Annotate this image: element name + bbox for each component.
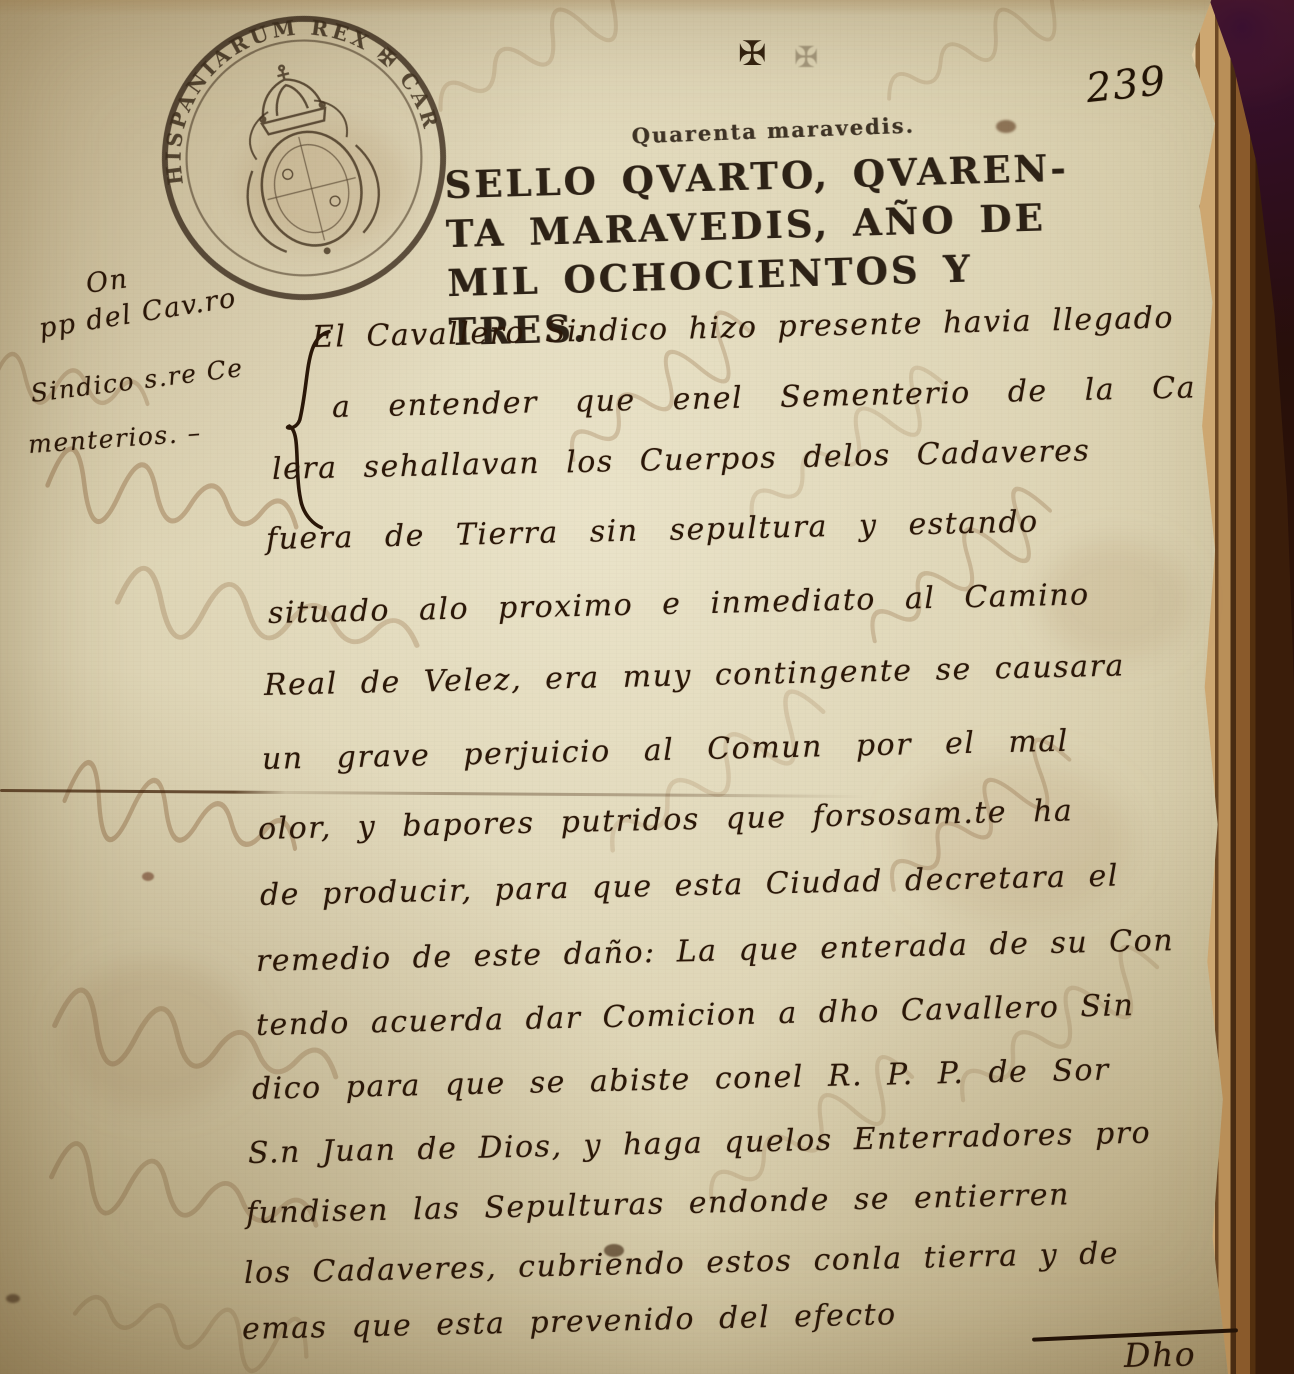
body-catchword: Dho [1124,1334,1197,1374]
margin-note-line: On [84,263,130,300]
margin-brace [270,326,334,536]
maltese-cross-icon: ✠ [738,34,767,74]
folio-number: 239 [1084,58,1169,112]
seal-crown [249,58,328,136]
manuscript-page-photo: HISPANIARUM REX ✠ CAROLUS · IV · D [0,0,1294,1374]
seal-coat-of-arms [227,90,391,269]
maltese-cross-ghost-icon: ✠ [794,40,818,74]
